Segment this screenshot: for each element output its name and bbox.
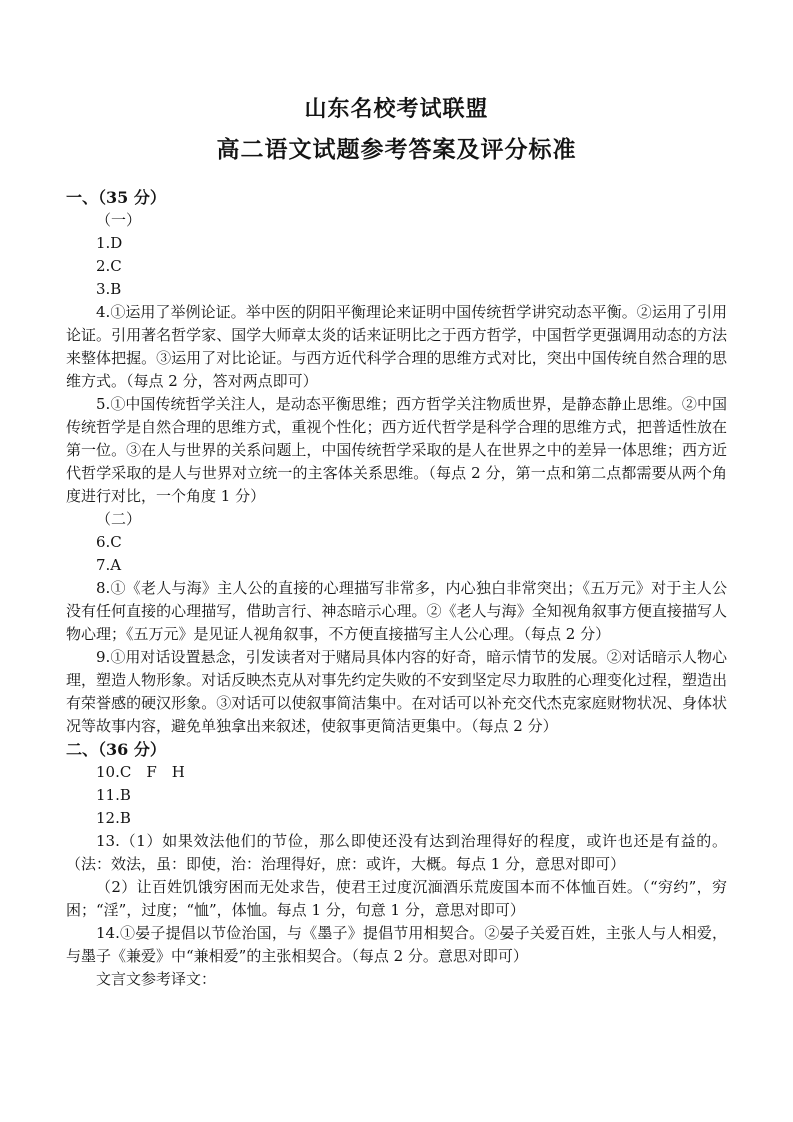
answer-line: 11.B <box>66 784 727 807</box>
answer-paragraph: 9.①用对话设置悬念，引发读者对于赌局具体内容的好奇，暗示情节的发展。②对话暗示… <box>66 646 727 738</box>
answer-line: 6.C <box>66 531 727 554</box>
answer-paragraph: 14.①晏子提倡以节俭治国，与《墨子》提倡节用相契合。②晏子关爱百姓，主张人与人… <box>66 922 727 968</box>
section-heading: 一、（35 分） <box>66 186 727 209</box>
answer-line: 2.C <box>66 255 727 278</box>
answer-line: （一） <box>66 209 727 232</box>
answer-line: 3.B <box>66 278 727 301</box>
answer-line: 10.C F H <box>66 761 727 784</box>
answer-line: 7.A <box>66 554 727 577</box>
document-page: 山东名校考试联盟 高二语文试题参考答案及评分标准 一、（35 分）（一）1.D2… <box>0 0 793 1122</box>
page-title: 山东名校考试联盟 <box>66 96 727 122</box>
subsection-label: （二） <box>66 508 727 531</box>
section-heading: 二、（36 分） <box>66 738 727 761</box>
answer-paragraph: （2）让百姓饥饿穷困而无处求告，使君王过度沉湎酒乐荒废国本而不体恤百姓。（“穷约… <box>66 876 727 922</box>
answer-paragraph: 8.①《老人与海》主人公的直接的心理描写非常多，内心独白非常突出；《五万元》对于… <box>66 577 727 646</box>
answer-paragraph: 4.①运用了举例论证。举中医的阴阳平衡理论来证明中国传统哲学讲究动态平衡。②运用… <box>66 301 727 393</box>
answer-paragraph: 5.①中国传统哲学关注人，是动态平衡思维；西方哲学关注物质世界，是静态静止思维。… <box>66 393 727 508</box>
answer-body: 一、（35 分）（一）1.D2.C3.B4.①运用了举例论证。举中医的阴阳平衡理… <box>66 186 727 991</box>
answer-line: 1.D <box>66 232 727 255</box>
answer-line: 文言文参考译文： <box>66 968 727 991</box>
page-subtitle: 高二语文试题参考答案及评分标准 <box>66 136 727 164</box>
answer-line: 12.B <box>66 807 727 830</box>
answer-paragraph: 13.（1）如果效法他们的节俭，那么即使还没有达到治理得好的程度，或许也还是有益… <box>66 830 727 876</box>
